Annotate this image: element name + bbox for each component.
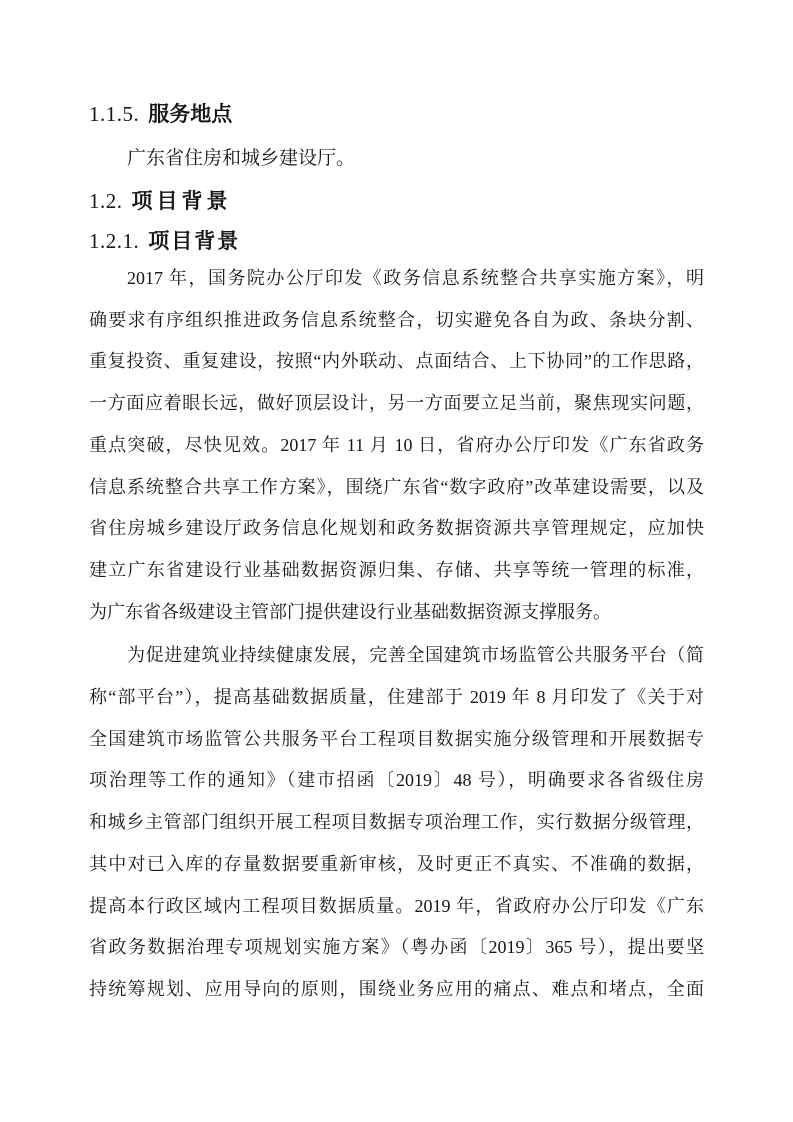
heading-1-1-5-service-location: 1.1.5.服务地点 (89, 0, 704, 127)
text-line: 和城乡主管部门组织开展工程项目数据专项治理工作，实行数据分级管理， (89, 802, 704, 844)
text-line: 项治理等工作的通知》（建市招函〔2019〕48 号），明确要求各省级住房 (89, 760, 704, 802)
text-line: 省住房城乡建设厅政务信息化规划和政务数据资源共享管理规定，应加快 (89, 508, 704, 550)
heading-1-2-1-project-background: 1.2.1.项目背景 (89, 214, 704, 254)
text-line: 其中对已入库的存量数据要重新审核，及时更正不真实、不准确的数据， (89, 844, 704, 886)
heading-title: 项目背景 (132, 189, 232, 213)
heading-1-2-project-background: 1.2.项目背景 (89, 172, 704, 214)
heading-number: 1.2.1. (89, 229, 139, 253)
text-line: 2017 年，国务院办公厅印发《政务信息系统整合共享实施方案》，明 (89, 258, 704, 300)
text-line: 信息系统整合共享工作方案》，围绕广东省“数字政府”改革建设需要，以及 (89, 467, 704, 509)
text-line: 为促进建筑业持续健康发展，完善全国建筑市场监管公共服务平台（简 (89, 635, 704, 677)
text-line: 提高本行政区域内工程项目数据质量。2019 年，省政府办公厅印发《广东 (89, 886, 704, 928)
text-line: 持统筹规划、应用导向的原则，围绕业务应用的痛点、难点和堵点，全面 (89, 969, 704, 1011)
heading-title: 服务地点 (148, 102, 232, 126)
heading-number: 1.1.5. (89, 102, 139, 126)
heading-title: 项目背景 (148, 229, 240, 253)
text-line: 重复投资、重复建设，按照“内外联动、点面结合、上下协同”的工作思路， (89, 341, 704, 383)
text-line: 称“部平台”），提高基础数据质量，住建部于 2019 年 8 月印发了《关于对 (89, 677, 704, 719)
paragraph-project-background-1: 2017 年，国务院办公厅印发《政务信息系统整合共享实施方案》，明确要求有序组织… (89, 254, 704, 633)
page-content: 1.1.5.服务地点 广东省住房和城乡建设厅。 1.2.项目背景 1.2.1.项… (89, 0, 704, 1011)
heading-number: 1.2. (89, 189, 123, 213)
text-line: 重点突破，尽快见效。2017 年 11 月 10 日，省府办公厅印发《广东省政务 (89, 425, 704, 467)
paragraph-project-background-2: 为促进建筑业持续健康发展，完善全国建筑市场监管公共服务平台（简称“部平台”），提… (89, 633, 704, 1010)
text-line: 建立广东省建设行业基础数据资源归集、存储、共享等统一管理的标准， (89, 550, 704, 592)
document-page: 1.1.5.服务地点 广东省住房和城乡建设厅。 1.2.项目背景 1.2.1.项… (0, 0, 793, 1122)
text-line: 省政务数据治理专项规划实施方案》（粤办函〔2019〕365 号），提出要坚 (89, 927, 704, 969)
text-line: 为广东省各级建设主管部门提供建设行业基础数据资源支撑服务。 (89, 592, 704, 634)
text-line: 确要求有序组织推进政务信息系统整合，切实避免各自为政、条块分割、 (89, 300, 704, 342)
service-location-paragraph: 广东省住房和城乡建设厅。 (89, 127, 704, 172)
text-line: 全国建筑市场监管公共服务平台工程项目数据实施分级管理和开展数据专 (89, 719, 704, 761)
text-line: 一方面应着眼长远，做好顶层设计，另一方面要立足当前，聚焦现实问题， (89, 383, 704, 425)
